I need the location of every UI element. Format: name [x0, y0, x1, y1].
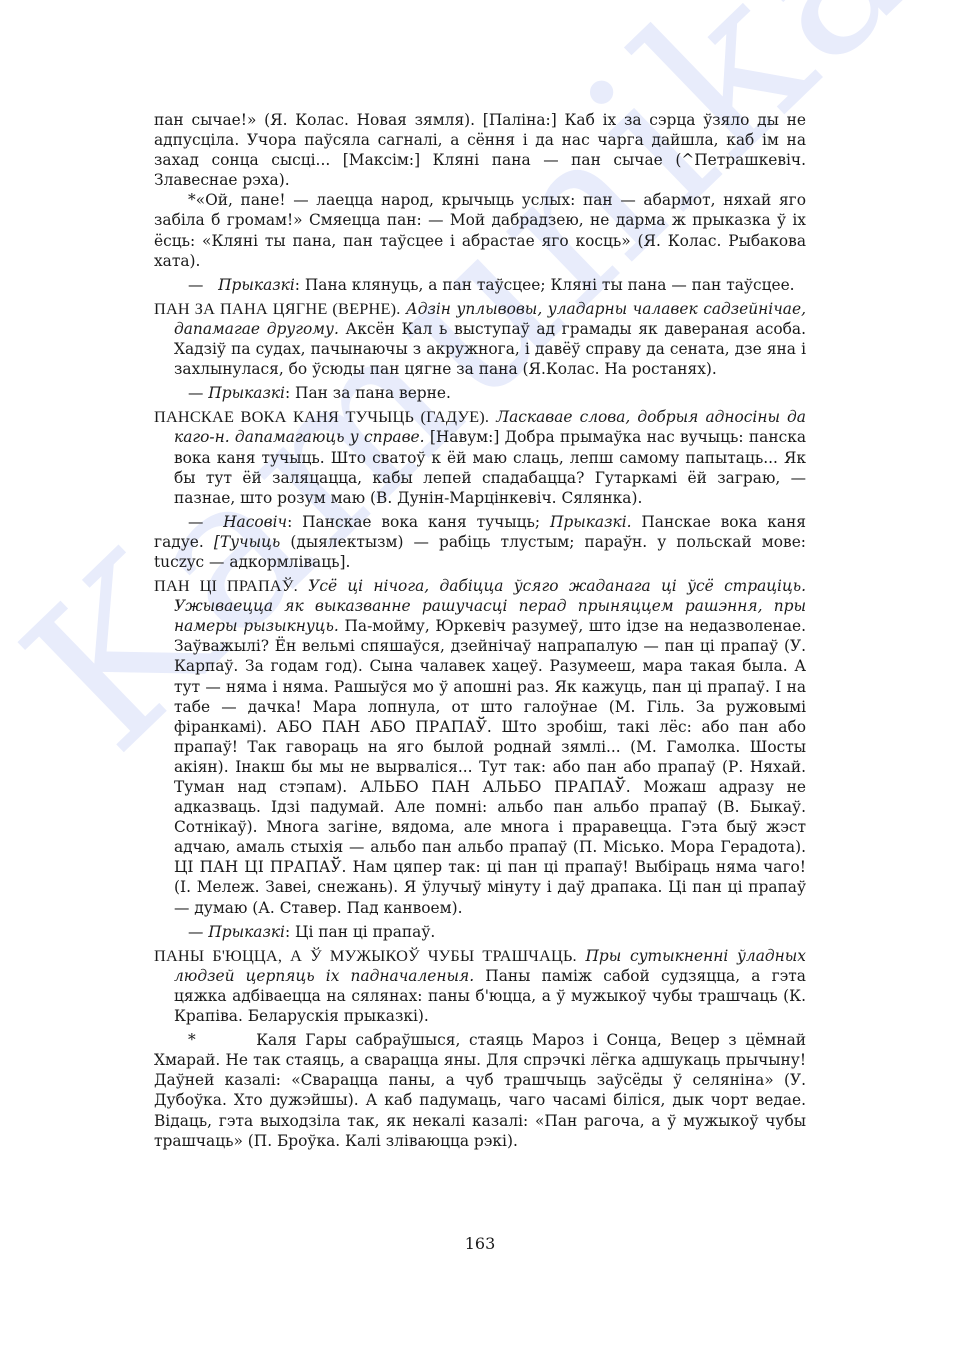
dictionary-entry: ПАНЫ Б'ЮЦЦА, А Ў МУЖЫКОЎ ЧУБЫ ТРАШЧАЦЬ. …: [154, 946, 806, 1026]
proverbs-note: — Прыказкі: Ці пан ці прапаў.: [154, 922, 806, 942]
proverbs-note: — Прыказкі: Пан за пана верне.: [154, 383, 806, 403]
entry-text: Па-мойму, Юркевіч разумеў, што ідзе на н…: [174, 617, 806, 916]
entry-headword: ПАН ЗА ПАНА ЦЯГНЕ (ВЕРНЕ).: [154, 299, 401, 318]
dictionary-page: пан сычае!» (Я. Колас. Новая зямля). [Па…: [154, 110, 806, 1151]
proverbs-note: — Прыказкі: Пана клянуць, а пан таўсцее;…: [154, 275, 806, 295]
entry-headword: ПАНЫ Б'ЮЦЦА, А Ў МУЖЫКОЎ ЧУБЫ ТРАШЧАЦЬ.: [154, 946, 577, 965]
paragraph-text: пан сычае!» (Я. Колас. Новая зямля). [Па…: [154, 111, 806, 189]
dash: —: [188, 513, 203, 531]
gloss-label: [Тучыць: [214, 533, 280, 551]
proverbs-label: Прыказкі: [208, 923, 285, 941]
paragraph-text: *«Ой, пане! — лаецца народ, крычыць услы…: [154, 191, 806, 269]
dictionary-entry: ПАНСКАЕ ВОКА КАНЯ ТУЧЫЦЬ (ГАДУЕ). Ласкав…: [154, 407, 806, 507]
proverbs-text: : Пана клянуць, а пан таўсцее; Кляні ты …: [295, 276, 795, 294]
proverbs-label: Прыказкі.: [550, 513, 632, 531]
proverbs-text: : Ці пан ці прапаў.: [285, 923, 435, 941]
proverbs-label: Прыказкі: [218, 276, 295, 294]
paragraph-text: Каля Гары сабраўшыся, стаяць Мароз і Сон…: [154, 1031, 806, 1149]
star-marker: *: [188, 1031, 196, 1049]
continued-paragraph: пан сычае!» (Я. Колас. Новая зямля). [Па…: [154, 110, 806, 190]
entry-headword: ПАНСКАЕ ВОКА КАНЯ ТУЧЫЦЬ (ГАДУЕ).: [154, 407, 489, 426]
proverbs-label: Прыказкі: [208, 384, 285, 402]
page-number: 163: [0, 1234, 960, 1253]
dash: —: [188, 923, 203, 941]
dash: —: [188, 384, 203, 402]
entry-headword: ПАН ЦІ ПРАПАЎ.: [154, 576, 298, 595]
example-paragraph: * Каля Гары сабраўшыся, стаяць Мароз і С…: [154, 1030, 806, 1151]
dictionary-entry: ПАН ЗА ПАНА ЦЯГНЕ (ВЕРНЕ). Адзін уплывов…: [154, 299, 806, 379]
proverbs-text: : Пан за пана верне.: [285, 384, 451, 402]
source-note: — Насовіч: Панскае вока каня тучыць; Пры…: [154, 512, 806, 572]
dash: —: [188, 276, 203, 294]
source-label: Насовіч: [223, 513, 287, 531]
dictionary-entry: ПАН ЦІ ПРАПАЎ. Усё ці нічога, дабіцца ўс…: [154, 576, 806, 918]
example-paragraph: *«Ой, пане! — лаецца народ, крычыць услы…: [154, 190, 806, 270]
source-text: : Панскае вока каня тучыць;: [287, 513, 550, 531]
